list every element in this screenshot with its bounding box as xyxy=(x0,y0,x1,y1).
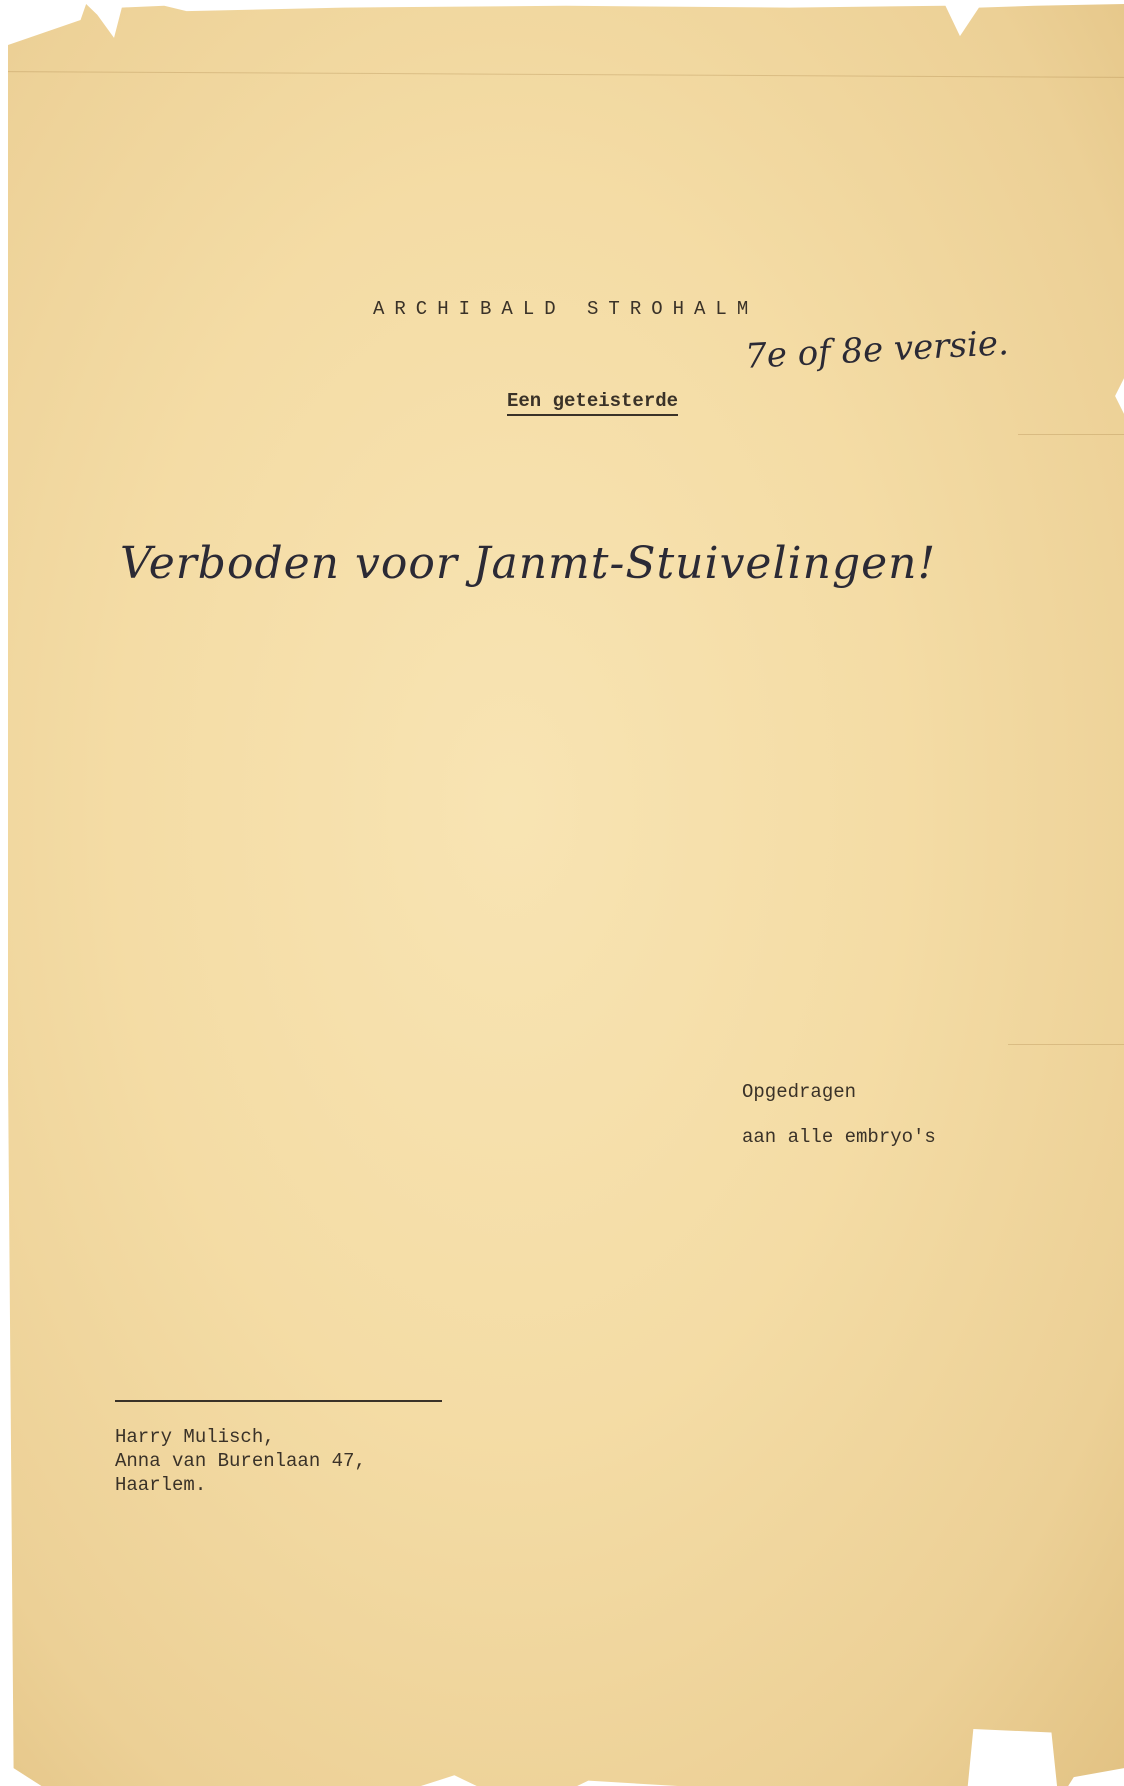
document-title: ARCHIBALD STROHALM xyxy=(373,300,758,319)
document-subtitle: Een geteisterde xyxy=(507,392,678,416)
aged-paper-sheet xyxy=(8,4,1124,1786)
handwritten-inscription: Verboden voor Janmt-Stuivelingen! xyxy=(120,538,936,589)
paper-crease xyxy=(8,71,1124,78)
author-city: Haarlem. xyxy=(115,1476,206,1495)
author-street: Anna van Burenlaan 47, xyxy=(115,1452,366,1471)
dedication-line-2: aan alle embryo's xyxy=(742,1128,936,1147)
signature-rule xyxy=(115,1400,442,1402)
dedication-line-1: Opgedragen xyxy=(742,1083,856,1102)
paper-crease xyxy=(1008,1044,1124,1045)
paper-crease xyxy=(1018,434,1124,435)
author-name: Harry Mulisch, xyxy=(115,1428,275,1447)
